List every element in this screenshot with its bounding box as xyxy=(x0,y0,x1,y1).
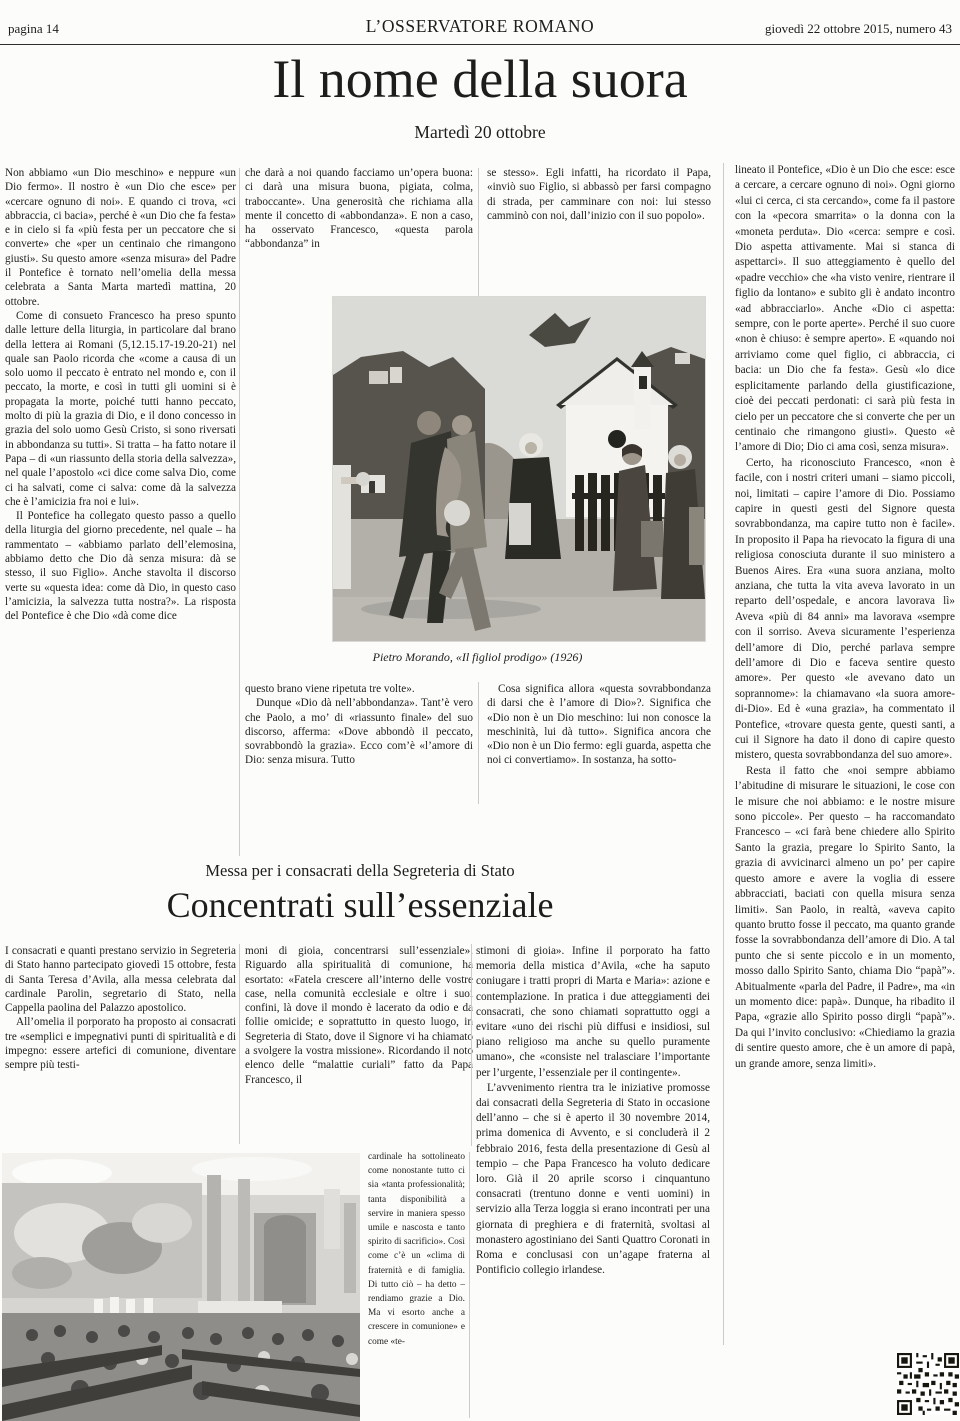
painting-caption: Pietro Morando, «Il figliol prodigo» (19… xyxy=(245,650,710,665)
article2-title: Concentrati sull’essenziale xyxy=(0,882,720,929)
column-rule xyxy=(723,163,724,1345)
paragraph: Dunque «Dio dà nell’abbondanza». Tant’è … xyxy=(245,696,473,767)
column-rule xyxy=(478,168,479,296)
chapel-mass-photo xyxy=(2,1153,360,1421)
paragraph: Cosa significa allora «questa sovrabbond… xyxy=(487,682,711,768)
article1-column-4: lineato il Pontefice, «Dio è un Dio che … xyxy=(735,163,955,1349)
paragraph: che darà a noi quando facciamo un’opera … xyxy=(245,166,473,252)
article2-kicker: Messa per i consacrati della Segreteria … xyxy=(0,861,720,881)
paragraph: moni di gioia, concentrarsi sull’essenzi… xyxy=(245,944,473,1087)
paragraph: Certo, ha riconosciuto Francesco, «non è… xyxy=(735,456,955,764)
paragraph: Resta il fatto che «noi sempre abbiamo l… xyxy=(735,764,955,1072)
paragraph: lineato il Pontefice, «Dio è un Dio che … xyxy=(735,163,955,456)
header-rule xyxy=(0,44,960,45)
qr-code xyxy=(897,1353,959,1415)
paragraph: Il Pontefice ha collegato questo passo a… xyxy=(5,509,236,623)
paragraph: L’avvenimento rientra tra le iniziative … xyxy=(476,1081,710,1279)
qr-code-pattern xyxy=(897,1353,959,1415)
article2-column-3: stimoni di gioia». Infine il porporato h… xyxy=(476,944,710,1421)
column-rule xyxy=(471,944,472,1146)
column-rule xyxy=(239,944,240,1144)
prodigal-son-painting xyxy=(332,296,706,642)
paragraph: All’omelia il porporato ha proposto ai c… xyxy=(5,1015,236,1072)
chapel-photo-illustration xyxy=(2,1153,360,1421)
paragraph: stimoni di gioia». Infine il porporato h… xyxy=(476,944,710,1081)
newspaper-page: { "header": { "page_label": "pagina 14",… xyxy=(0,0,960,1421)
paragraph: se stesso». Egli infatti, ha ricordato i… xyxy=(487,166,711,223)
painting-illustration xyxy=(333,297,705,641)
article1-subtitle: Martedì 20 ottobre xyxy=(0,122,960,143)
paragraph: I consacrati e quanti prestano servizio … xyxy=(5,944,236,1015)
paragraph: Come di consueto Francesco ha preso spun… xyxy=(5,309,236,509)
article1-column-2-top: che darà a noi quando facciamo un’opera … xyxy=(245,166,473,298)
paragraph: Non abbiamo «un Dio meschino» e neppure … xyxy=(5,166,236,309)
paragraph: questo brano viene ripetuta tre volte». xyxy=(245,682,473,696)
article1-column-3-top: se stesso». Egli infatti, ha ricordato i… xyxy=(487,166,711,298)
column-rule xyxy=(239,168,240,856)
article1-column-3-bottom: Cosa significa allora «questa sovrabbond… xyxy=(487,682,711,808)
article2-column-1: I consacrati e quanti prestano servizio … xyxy=(5,944,236,1144)
article1-column-1: Non abbiamo «un Dio meschino» e neppure … xyxy=(5,166,236,862)
column-rule xyxy=(478,682,479,804)
article1-title: Il nome della suora xyxy=(0,46,960,114)
issue-date: giovedì 22 ottobre 2015, numero 43 xyxy=(765,21,952,37)
column-rule xyxy=(469,1152,470,1418)
paragraph: cardinale ha sottolineato come nonostant… xyxy=(368,1150,465,1349)
article1-column-2-bottom: questo brano viene ripetuta tre volte».D… xyxy=(245,682,473,782)
article2-column-2: moni di gioia, concentrarsi sull’essenzi… xyxy=(245,944,473,1150)
article2-column-2-continued: cardinale ha sottolineato come nonostant… xyxy=(368,1150,465,1421)
